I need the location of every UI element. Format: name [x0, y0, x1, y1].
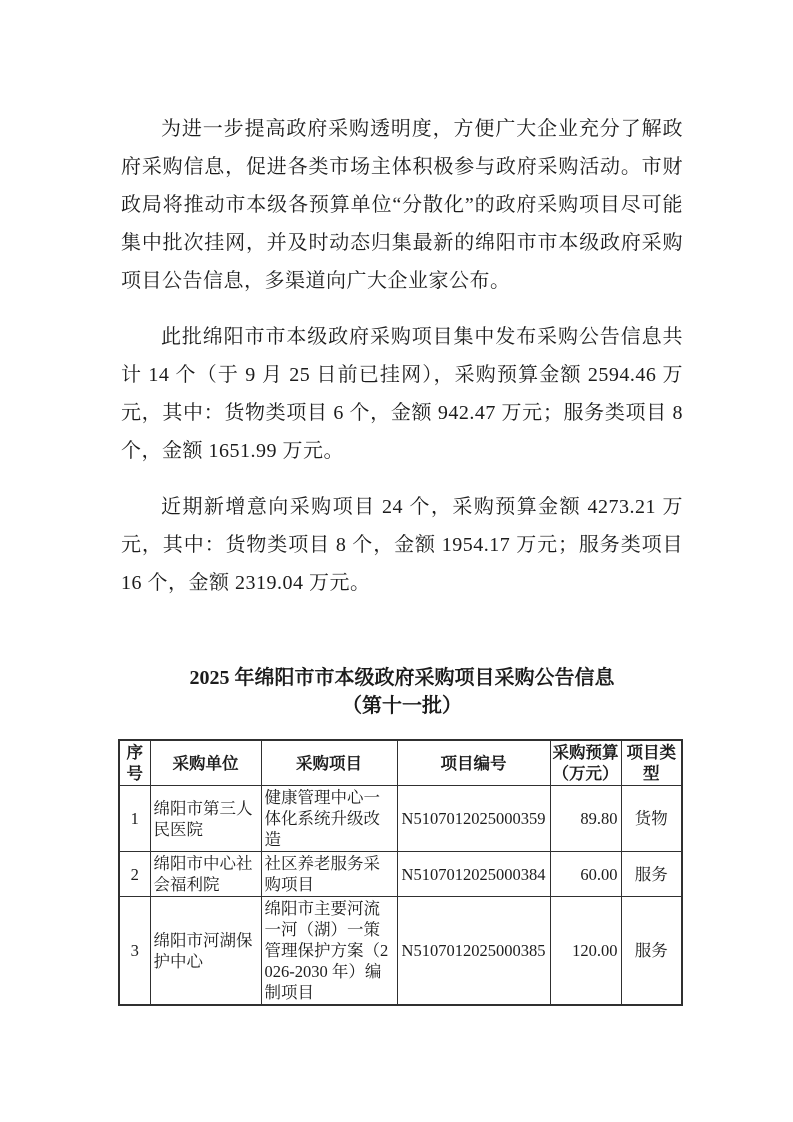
cell-budget: 120.00	[550, 897, 621, 1006]
cell-type: 货物	[621, 786, 682, 852]
cell-code: N5107012025000359	[397, 786, 550, 852]
header-project: 采购项目	[261, 740, 397, 786]
cell-project: 健康管理中心一体化系统升级改造	[261, 786, 397, 852]
header-seq: 序号	[119, 740, 150, 786]
cell-unit: 绵阳市中心社会福利院	[150, 852, 261, 897]
cell-unit: 绵阳市河湖保护中心	[150, 897, 261, 1006]
procurement-table: 序号 采购单位 采购项目 项目编号 采购预算（万元） 项目类型 1 绵阳市第三人…	[118, 739, 683, 1006]
body-paragraph: 为进一步提高政府采购透明度，方便广大企业充分了解政府采购信息，促进各类市场主体积…	[121, 110, 683, 300]
cell-code: N5107012025000384	[397, 852, 550, 897]
title-line-2: （第十一批）	[121, 692, 683, 720]
cell-budget: 89.80	[550, 786, 621, 852]
cell-type: 服务	[621, 897, 682, 1006]
cell-seq: 3	[119, 897, 150, 1006]
cell-budget: 60.00	[550, 852, 621, 897]
cell-project: 社区养老服务采购项目	[261, 852, 397, 897]
table-header-row: 序号 采购单位 采购项目 项目编号 采购预算（万元） 项目类型	[119, 740, 682, 786]
cell-type: 服务	[621, 852, 682, 897]
table-row: 2 绵阳市中心社会福利院 社区养老服务采购项目 N510701202500038…	[119, 852, 682, 897]
title-line-1: 2025 年绵阳市市本级政府采购项目采购公告信息	[121, 664, 683, 692]
header-unit: 采购单位	[150, 740, 261, 786]
table-row: 1 绵阳市第三人民医院 健康管理中心一体化系统升级改造 N51070120250…	[119, 786, 682, 852]
cell-unit: 绵阳市第三人民医院	[150, 786, 261, 852]
header-code: 项目编号	[397, 740, 550, 786]
table-row: 3 绵阳市河湖保护中心 绵阳市主要河流一河（湖）一策管理保护方案（2026-20…	[119, 897, 682, 1006]
body-paragraph: 此批绵阳市市本级政府采购项目集中发布采购公告信息共计 14 个（于 9 月 25…	[121, 318, 683, 470]
cell-seq: 2	[119, 852, 150, 897]
cell-seq: 1	[119, 786, 150, 852]
header-budget: 采购预算（万元）	[550, 740, 621, 786]
document-title: 2025 年绵阳市市本级政府采购项目采购公告信息 （第十一批）	[121, 664, 683, 720]
cell-project: 绵阳市主要河流一河（湖）一策管理保护方案（2026-2030 年）编制项目	[261, 897, 397, 1006]
header-type: 项目类型	[621, 740, 682, 786]
document-page: 为进一步提高政府采购透明度，方便广大企业充分了解政府采购信息，促进各类市场主体积…	[0, 0, 793, 1122]
cell-code: N5107012025000385	[397, 897, 550, 1006]
body-paragraph: 近期新增意向采购项目 24 个，采购预算金额 4273.21 万元，其中：货物类…	[121, 488, 683, 602]
